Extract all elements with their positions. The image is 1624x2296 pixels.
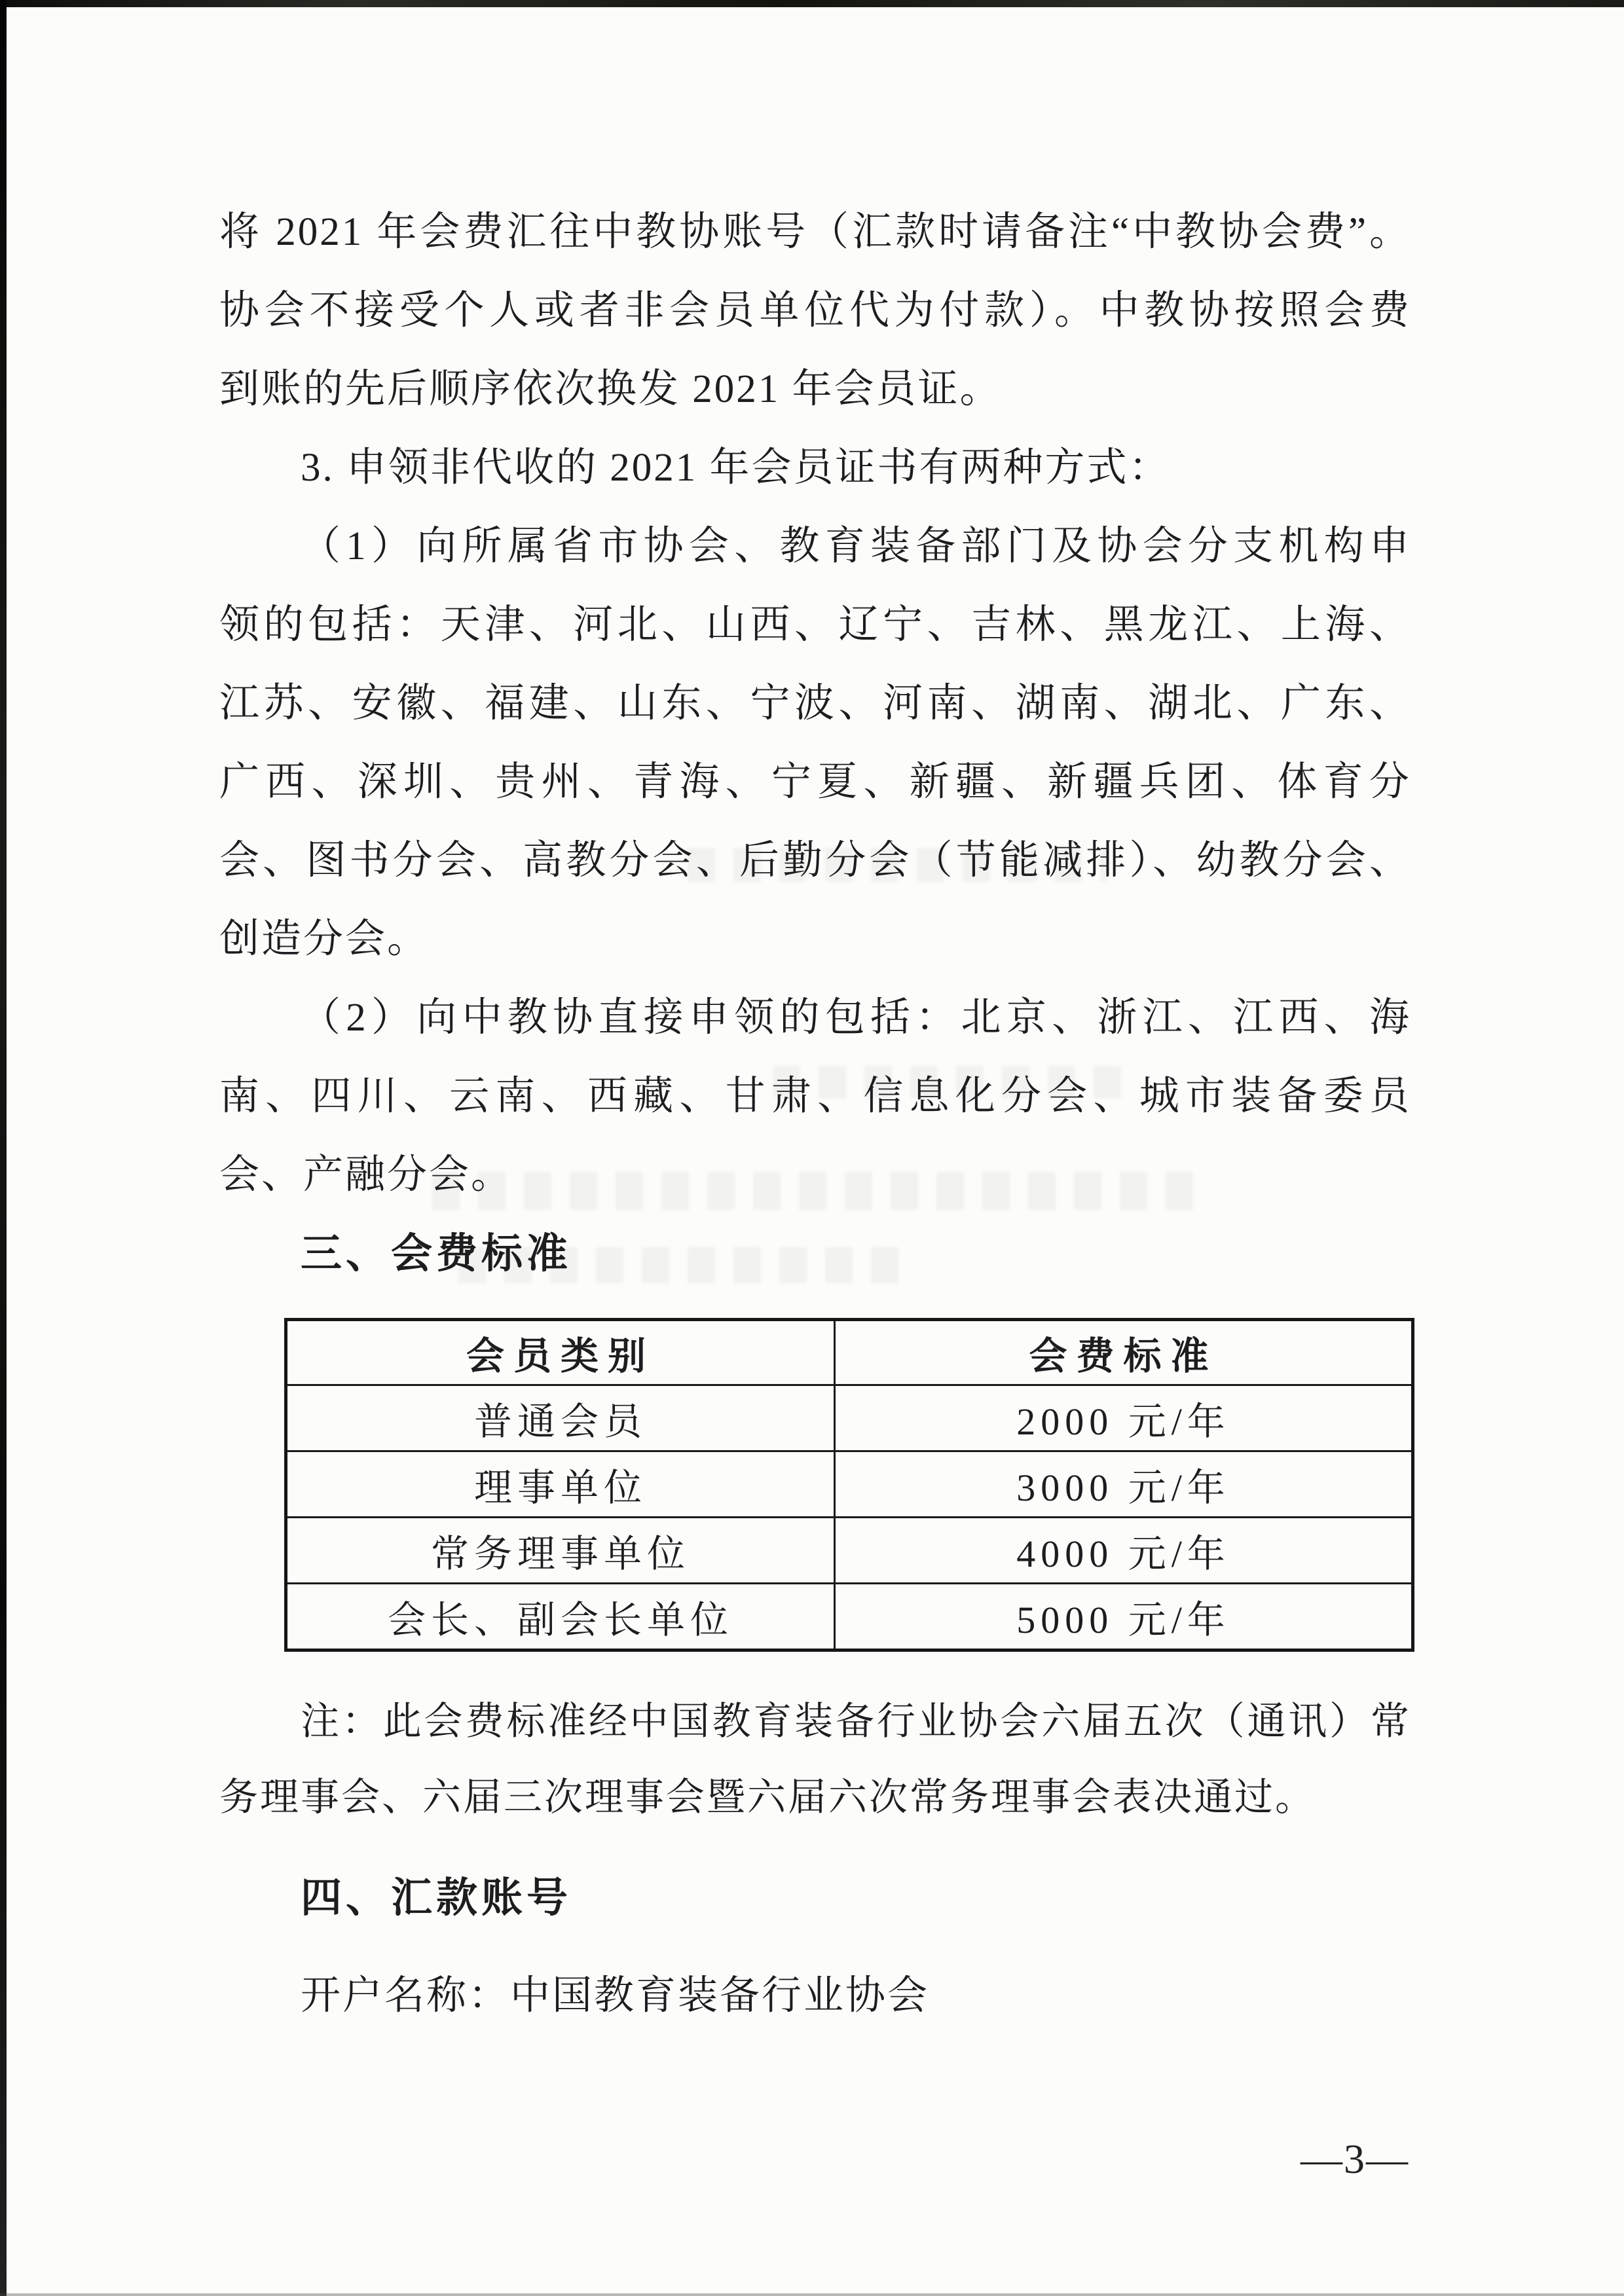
note-line: 注：此会费标准经中国教育装备行业协会六届五次（通讯）常 bbox=[219, 1683, 1411, 1759]
section-heading-fee-standard: 三、会费标准 bbox=[219, 1214, 1411, 1293]
scan-artifact-left-edge bbox=[0, 0, 7, 2296]
table-cell-category: 会长、副会长单位 bbox=[286, 1584, 835, 1650]
scan-artifact-bottom-edge bbox=[0, 2293, 1624, 2296]
table-cell-fee: 5000 元/年 bbox=[835, 1584, 1413, 1650]
body-text-line: 协会不接受个人或者非会员单位代为付款）。中教协按照会费 bbox=[219, 272, 1411, 350]
table-header-row: 会员类别 会费标准 bbox=[286, 1320, 1413, 1385]
list-item-2-line: 南、四川、云南、西藏、甘肃、信息化分会、城市装备委员 bbox=[219, 1057, 1411, 1136]
table-row: 会长、副会长单位 5000 元/年 bbox=[286, 1584, 1413, 1650]
page-number: —3— bbox=[1301, 2133, 1409, 2185]
scan-artifact-top-edge bbox=[0, 0, 1624, 7]
list-item-2-line: （2）向中教协直接申领的包括：北京、浙江、江西、海 bbox=[219, 979, 1411, 1057]
list-item-1-line: 江苏、安徽、福建、山东、宁波、河南、湖南、湖北、广东、 bbox=[219, 665, 1411, 743]
list-item-1-line: 会、图书分会、高教分会、后勤分会（节能减排）、幼教分会、 bbox=[219, 822, 1411, 900]
table-cell-fee: 2000 元/年 bbox=[835, 1385, 1413, 1451]
scanned-document-page: 将 2021 年会费汇往中教协账号（汇款时请备注“中教协会费”。 协会不接受个人… bbox=[0, 0, 1624, 2296]
table-row: 常务理事单位 4000 元/年 bbox=[286, 1518, 1413, 1584]
list-item-1-line: 创造分会。 bbox=[219, 900, 1411, 979]
list-item-1-line: 领的包括：天津、河北、山西、辽宁、吉林、黑龙江、上海、 bbox=[219, 586, 1411, 665]
table-header-cell-category: 会员类别 bbox=[286, 1320, 835, 1385]
body-text-line: 将 2021 年会费汇往中教协账号（汇款时请备注“中教协会费”。 bbox=[219, 193, 1411, 272]
note-line: 务理事会、六届三次理事会暨六届六次常务理事会表决通过。 bbox=[219, 1759, 1411, 1835]
table-cell-category: 常务理事单位 bbox=[286, 1518, 835, 1584]
section-heading-remittance-account: 四、汇款账号 bbox=[219, 1859, 1411, 1937]
table-header-cell-fee: 会费标准 bbox=[835, 1320, 1413, 1385]
account-name-line: 开户名称：中国教育装备行业协会 bbox=[219, 1957, 1411, 2035]
table-cell-category: 理事单位 bbox=[286, 1451, 835, 1518]
table-cell-fee: 3000 元/年 bbox=[835, 1451, 1413, 1518]
list-item-3: 3. 申领非代收的 2021 年会员证书有两种方式： bbox=[219, 429, 1411, 507]
table-row: 理事单位 3000 元/年 bbox=[286, 1451, 1413, 1518]
table-cell-fee: 4000 元/年 bbox=[835, 1518, 1413, 1584]
table-note: 注：此会费标准经中国教育装备行业协会六届五次（通讯）常 务理事会、六届三次理事会… bbox=[219, 1683, 1411, 1835]
list-item-1-line: 广西、深圳、贵州、青海、宁夏、新疆、新疆兵团、体育分 bbox=[219, 743, 1411, 822]
document-body: 将 2021 年会费汇往中教协账号（汇款时请备注“中教协会费”。 协会不接受个人… bbox=[219, 193, 1411, 2035]
table-cell-category: 普通会员 bbox=[286, 1385, 835, 1451]
list-item-1-line: （1）向所属省市协会、教育装备部门及协会分支机构申 bbox=[219, 507, 1411, 586]
list-item-2-line: 会、产融分会。 bbox=[219, 1136, 1411, 1214]
table-row: 普通会员 2000 元/年 bbox=[286, 1385, 1413, 1451]
fee-table: 会员类别 会费标准 普通会员 2000 元/年 理事单位 3000 元/年 常务… bbox=[284, 1318, 1414, 1652]
body-text-line: 到账的先后顺序依次换发 2021 年会员证。 bbox=[219, 350, 1411, 429]
